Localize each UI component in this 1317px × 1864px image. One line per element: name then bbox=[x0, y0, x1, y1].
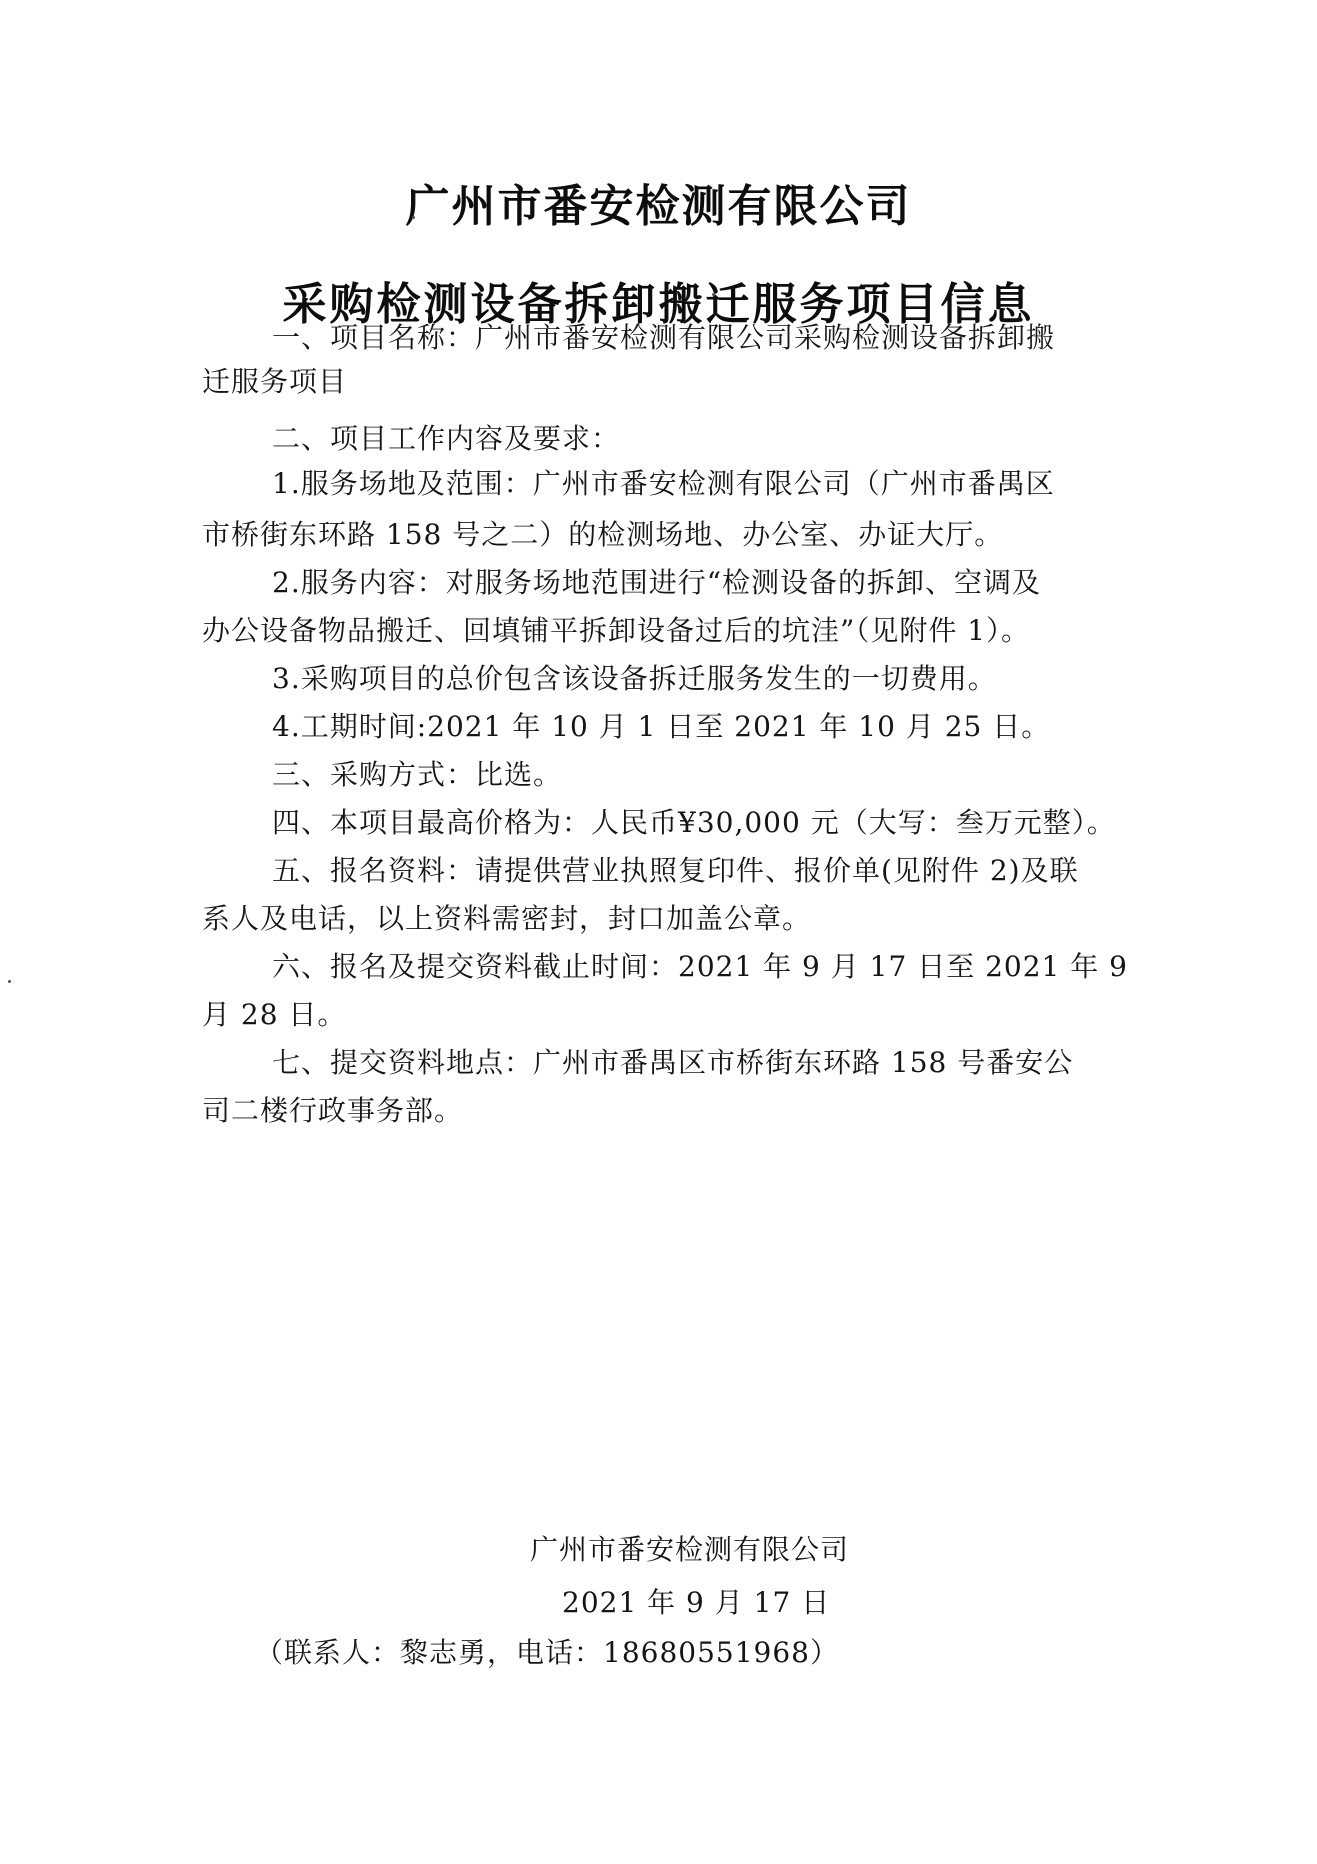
item-service-site: 1.服务场地及范围：广州市番安检测有限公司（广州市番禺区 bbox=[272, 464, 1055, 504]
section-max-price: 四、本项目最高价格为：人民币¥30,000 元（大写：叁万元整）。 bbox=[272, 803, 1116, 843]
document-title-company: 广州市番安检测有限公司 bbox=[0, 170, 1317, 234]
contact-info: （联系人：黎志勇，电话：18680551968） bbox=[255, 1633, 839, 1673]
item-service-content: 2.服务内容：对服务场地范围进行“检测设备的拆卸、空调及 bbox=[272, 563, 1041, 603]
signature-date: 2021 年 9 月 17 日 bbox=[562, 1583, 830, 1623]
section-project-name-cont: 迁服务项目 bbox=[202, 362, 347, 402]
item-construction-period: 4.工期时间:2021 年 10 月 1 日至 2021 年 10 月 25 日… bbox=[272, 707, 1050, 747]
section-submission-location-cont: 司二楼行政事务部。 bbox=[202, 1091, 463, 1131]
signature-company: 广州市番安检测有限公司 bbox=[530, 1530, 849, 1570]
item-service-site-cont: 市桥街东环路 158 号之二）的检测场地、办公室、办证大厅。 bbox=[202, 515, 1003, 555]
section-deadline: 六、报名及提交资料截止时间：2021 年 9 月 17 日至 2021 年 9 bbox=[272, 947, 1128, 987]
section-deadline-cont: 月 28 日。 bbox=[202, 995, 346, 1035]
section-procurement-method: 三、采购方式：比选。 bbox=[272, 755, 562, 795]
item-total-price-scope: 3.采购项目的总价包含该设备拆迁服务发生的一切费用。 bbox=[272, 659, 997, 699]
scan-speck bbox=[8, 980, 11, 983]
scan-speck bbox=[412, 216, 415, 219]
scan-speck bbox=[712, 293, 715, 296]
section-registration-materials: 五、报名资料：请提供营业执照复印件、报价单(见附件 2)及联 bbox=[272, 851, 1079, 891]
section-submission-location: 七、提交资料地点：广州市番禺区市桥街东环路 158 号番安公 bbox=[272, 1043, 1073, 1083]
item-service-content-cont: 办公设备物品搬迁、回填铺平拆卸设备过后的坑洼”（见附件 1）。 bbox=[202, 611, 1030, 651]
section-project-name: 一、项目名称：广州市番安检测有限公司采购检测设备拆卸搬 bbox=[272, 318, 1055, 358]
document-page: 广州市番安检测有限公司 采购检测设备拆卸搬迁服务项目信息 一、项目名称：广州市番… bbox=[0, 0, 1317, 1864]
section-work-content-heading: 二、项目工作内容及要求： bbox=[272, 419, 620, 459]
section-registration-materials-cont: 系人及电话，以上资料需密封，封口加盖公章。 bbox=[202, 899, 811, 939]
